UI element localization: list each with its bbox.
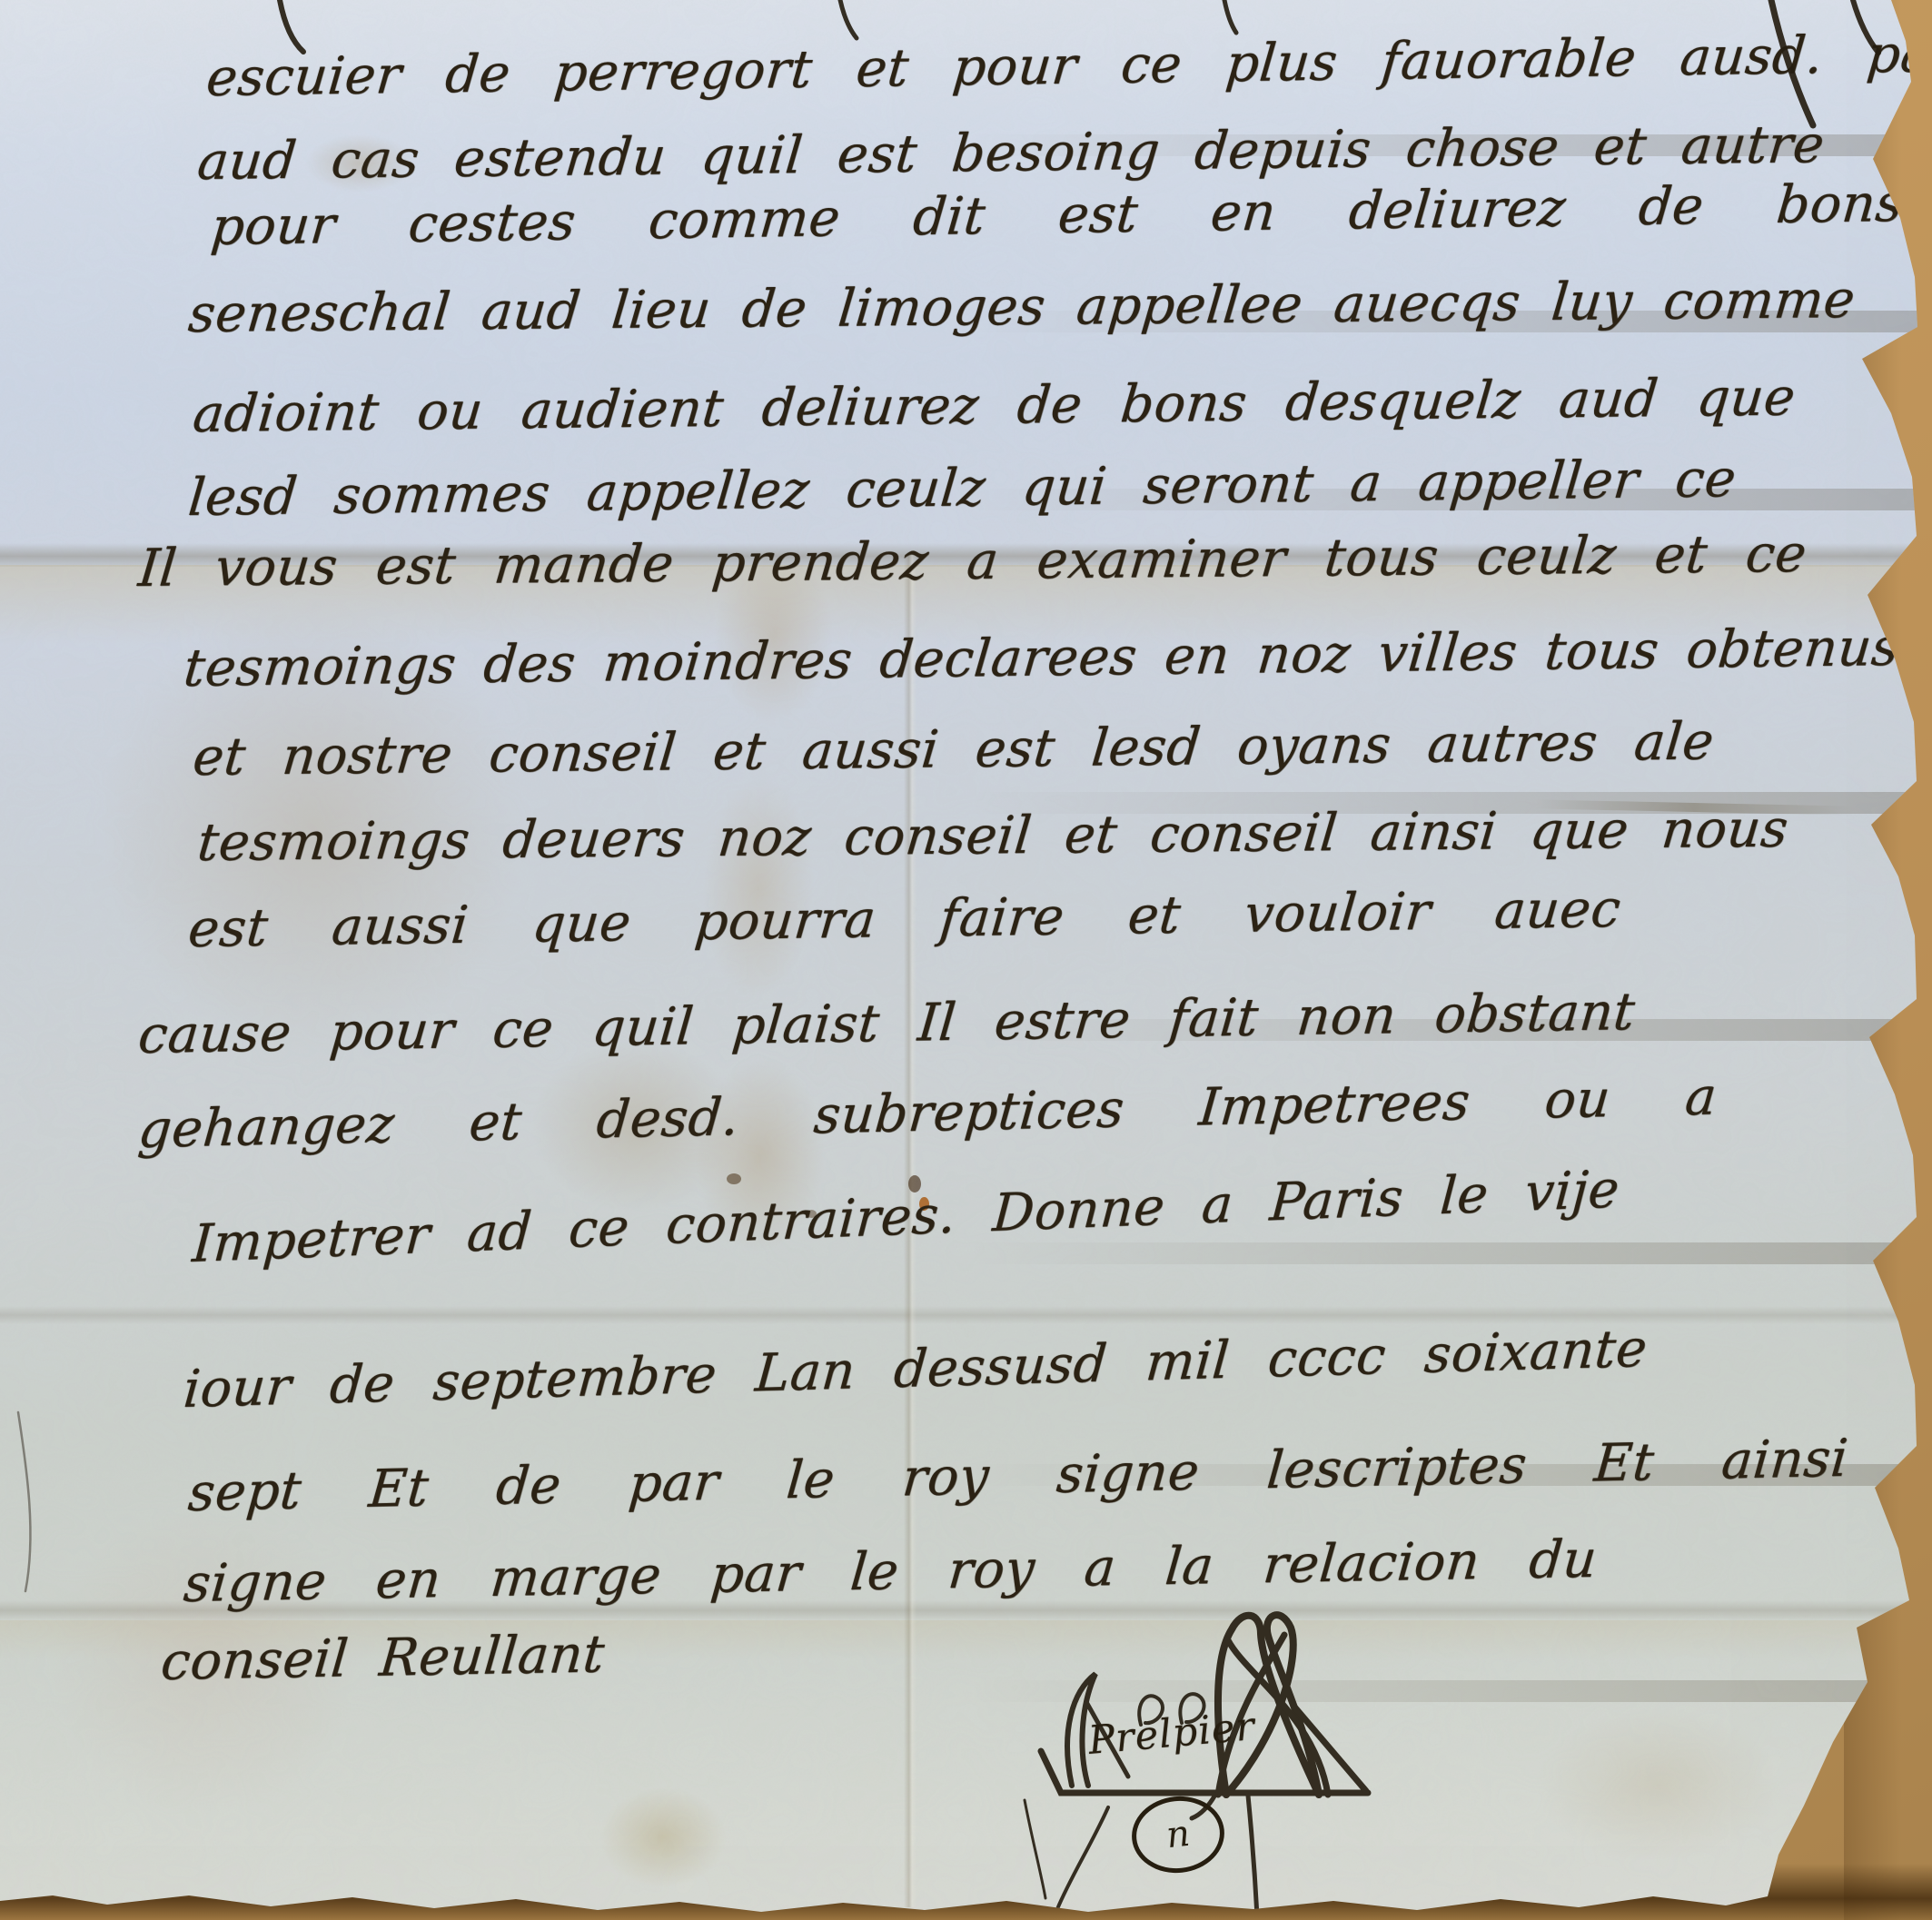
manuscript-photo: escuier de perregort et pour ce plus fau… xyxy=(0,0,1932,1920)
manuscript-paper: escuier de perregort et pour ce plus fau… xyxy=(0,0,1932,1920)
ink-flourishes xyxy=(0,0,1932,1920)
notary-monogram-letter: n xyxy=(1164,1813,1192,1856)
